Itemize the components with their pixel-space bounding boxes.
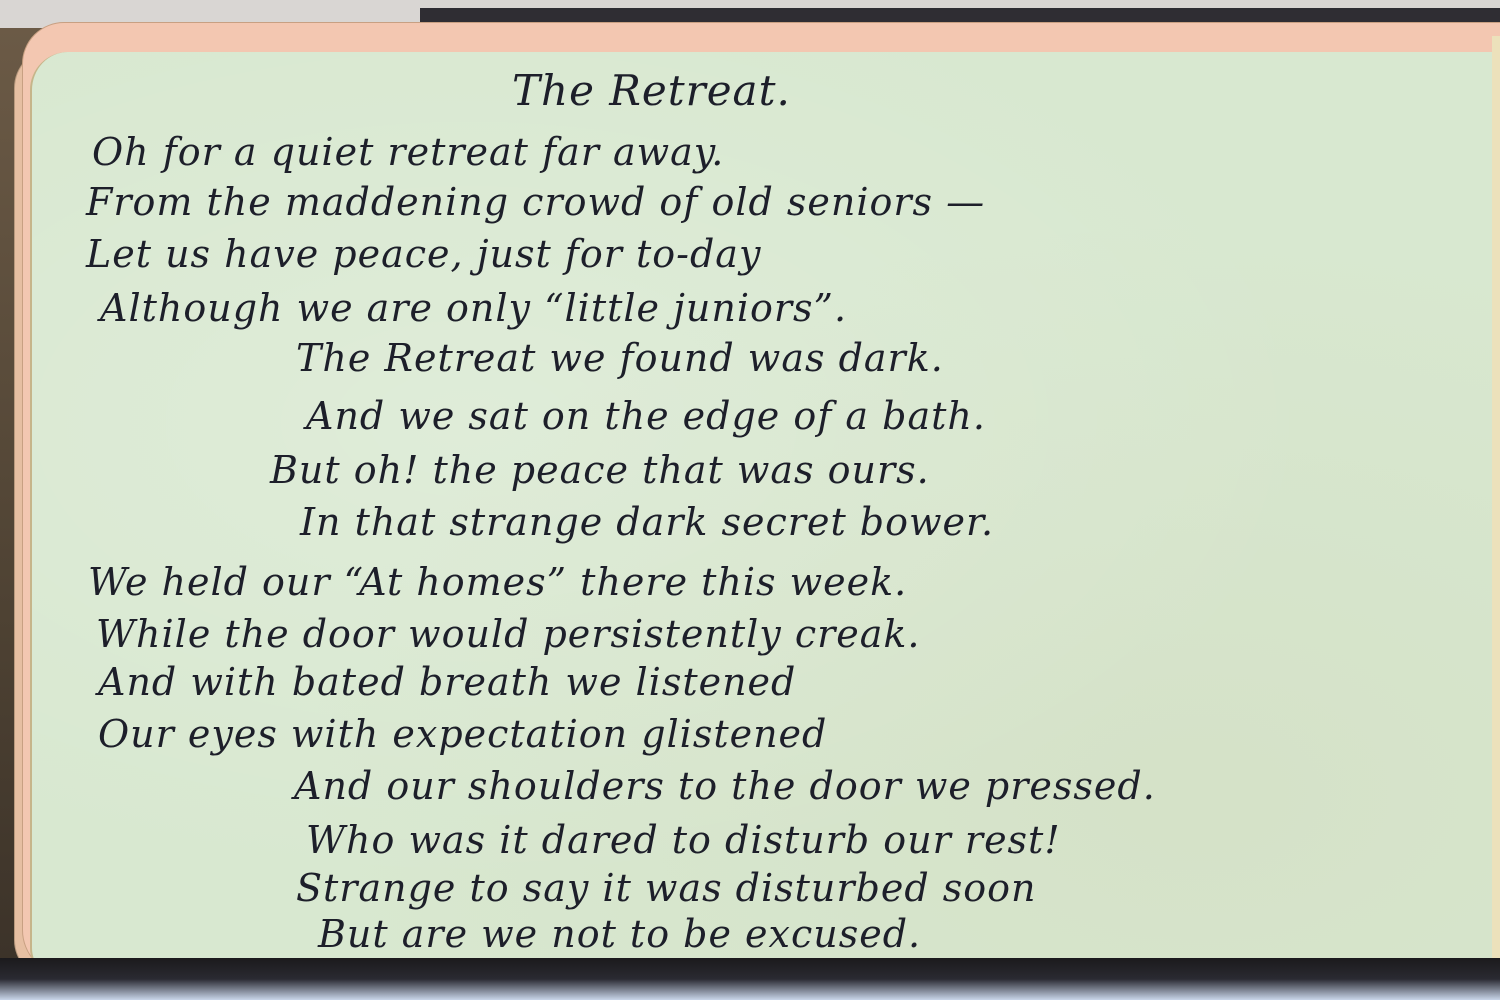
- poem-line: Although we are only “little juniors”.: [100, 286, 847, 330]
- poem-line: Our eyes with expectation glistened: [98, 712, 827, 756]
- poem-line: Oh for a quiet retreat far away.: [92, 130, 724, 174]
- poem-line: We held our “At homes” there this week.: [88, 560, 907, 604]
- page-right-edge: [1492, 36, 1500, 966]
- scan-bottom-shadow: [0, 958, 1500, 1000]
- poem-line: From the maddening crowd of old seniors …: [86, 180, 985, 224]
- poem-line: Strange to say it was disturbed soon: [296, 866, 1037, 910]
- poem-line: In that strange dark secret bower.: [300, 500, 994, 544]
- poem-line: And our shoulders to the door we pressed…: [294, 764, 1156, 808]
- poem-line: Who was it dared to disturb our rest!: [306, 818, 1061, 862]
- poem-line: And with bated breath we listened: [98, 660, 796, 704]
- poem-line: But are we not to be excused.: [318, 912, 921, 956]
- poem-line: And we sat on the edge of a bath.: [306, 394, 986, 438]
- poem-line: The Retreat we found was dark.: [296, 336, 944, 380]
- poem-line: Let us have peace, just for to-day: [86, 232, 761, 276]
- poem-title: The Retreat.: [512, 66, 791, 115]
- poem-line: While the door would persistently creak.: [96, 612, 921, 656]
- poem-line: But oh! the peace that was ours.: [270, 448, 930, 492]
